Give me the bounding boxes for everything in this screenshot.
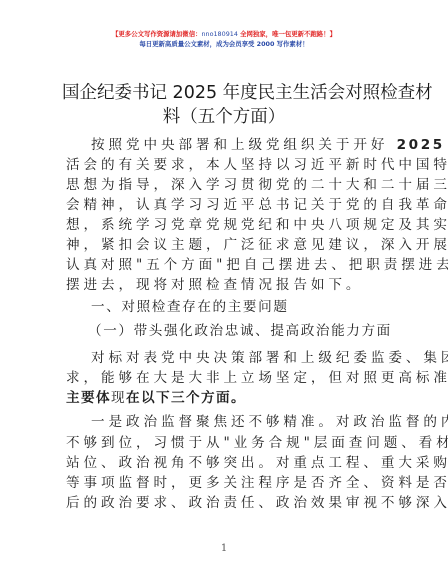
document-title-line-1: 国企纪委书记 2025 年度民主生活会对照检查材	[62, 81, 386, 105]
section-heading: 一、对照检查存在的主要问题	[91, 297, 409, 317]
intro-year-bold: 2025 年度民主生	[397, 137, 448, 153]
intro-line: 认真对照"五个方面"把自己摆进去、把职责摆进去、把工作	[66, 255, 384, 275]
intro-line: 按照党中央部署和上级党组织关于开好 2025 年度民主生	[91, 135, 384, 155]
intro-line: 想，系统学习党章党规党纪和中央八项规定及其实施细则精	[66, 215, 384, 235]
page-number: 1	[0, 543, 448, 554]
point-line: 一是政治监督聚焦还不够精准。对政治监督的内涵把握还	[91, 412, 384, 432]
summary-normal: 现	[111, 390, 126, 406]
point-line: 不够到位，习惯于从"业务合规"层面查问题、看材料，政治	[66, 433, 384, 453]
summary-bold-a: 主要体	[66, 390, 111, 406]
subsection-line: 对标对表党中央决策部署和上级纪委监委、集团党委要	[91, 348, 384, 368]
point-line: 站位、政治视角不够突出。对重点工程、重大采购、重要投资	[66, 453, 384, 473]
subsection-line: 求，能够在大是大非上立场坚定，但对照更高标准仍有差距，	[66, 368, 384, 388]
intro-line: 活会的有关要求，本人坚持以习近平新时代中国特色社会主义	[66, 155, 384, 175]
intro-line: 会精神，认真学习习近平总书记关于党的自我革命的重要思	[66, 195, 384, 215]
intro-text: 按照党中央部署和上级党组织关于开好	[91, 137, 397, 153]
document-page: 【更多公文写作资源请加微信：nno180914 全网独家，唯一包更新不跑路！】 …	[0, 0, 448, 580]
intro-line: 神，紧扣会议主题，广泛征求意见建议，深入开展谈心谈话，	[66, 235, 384, 255]
promo-prefix: 【更多公文写作资源请加微信：	[112, 30, 201, 38]
intro-line: 思想为指导，深入学习贯彻党的二十大和二十届三中、四中全	[66, 175, 384, 195]
summary-bold-b: 在以下三个方面。	[126, 390, 246, 406]
promo-banner-line-2: 每日更新高质量公文素材，成为会员享受 2000 写作素材！	[0, 40, 448, 49]
wechat-handle: nno180914	[201, 30, 237, 38]
intro-line: 摆进去，现将对照检查情况报告如下。	[66, 275, 384, 295]
promo-suffix: 全网独家，唯一包更新不跑路！】	[238, 30, 336, 38]
promo-banner-line-1: 【更多公文写作资源请加微信：nno180914 全网独家，唯一包更新不跑路！】	[0, 30, 448, 39]
point-line: 后的政治要求、政治责任、政治效果审视不够深入，对"是否	[66, 493, 384, 513]
point-line: 等事项监督时，更多关注程序是否齐全、资料是否完备，对背	[66, 473, 384, 493]
document-title-line-2: 料（五个方面）	[62, 105, 386, 129]
subsection-heading: （一）带头强化政治忠诚、提高政治能力方面	[88, 321, 406, 341]
subsection-summary-line: 主要体现在以下三个方面。	[66, 388, 384, 408]
